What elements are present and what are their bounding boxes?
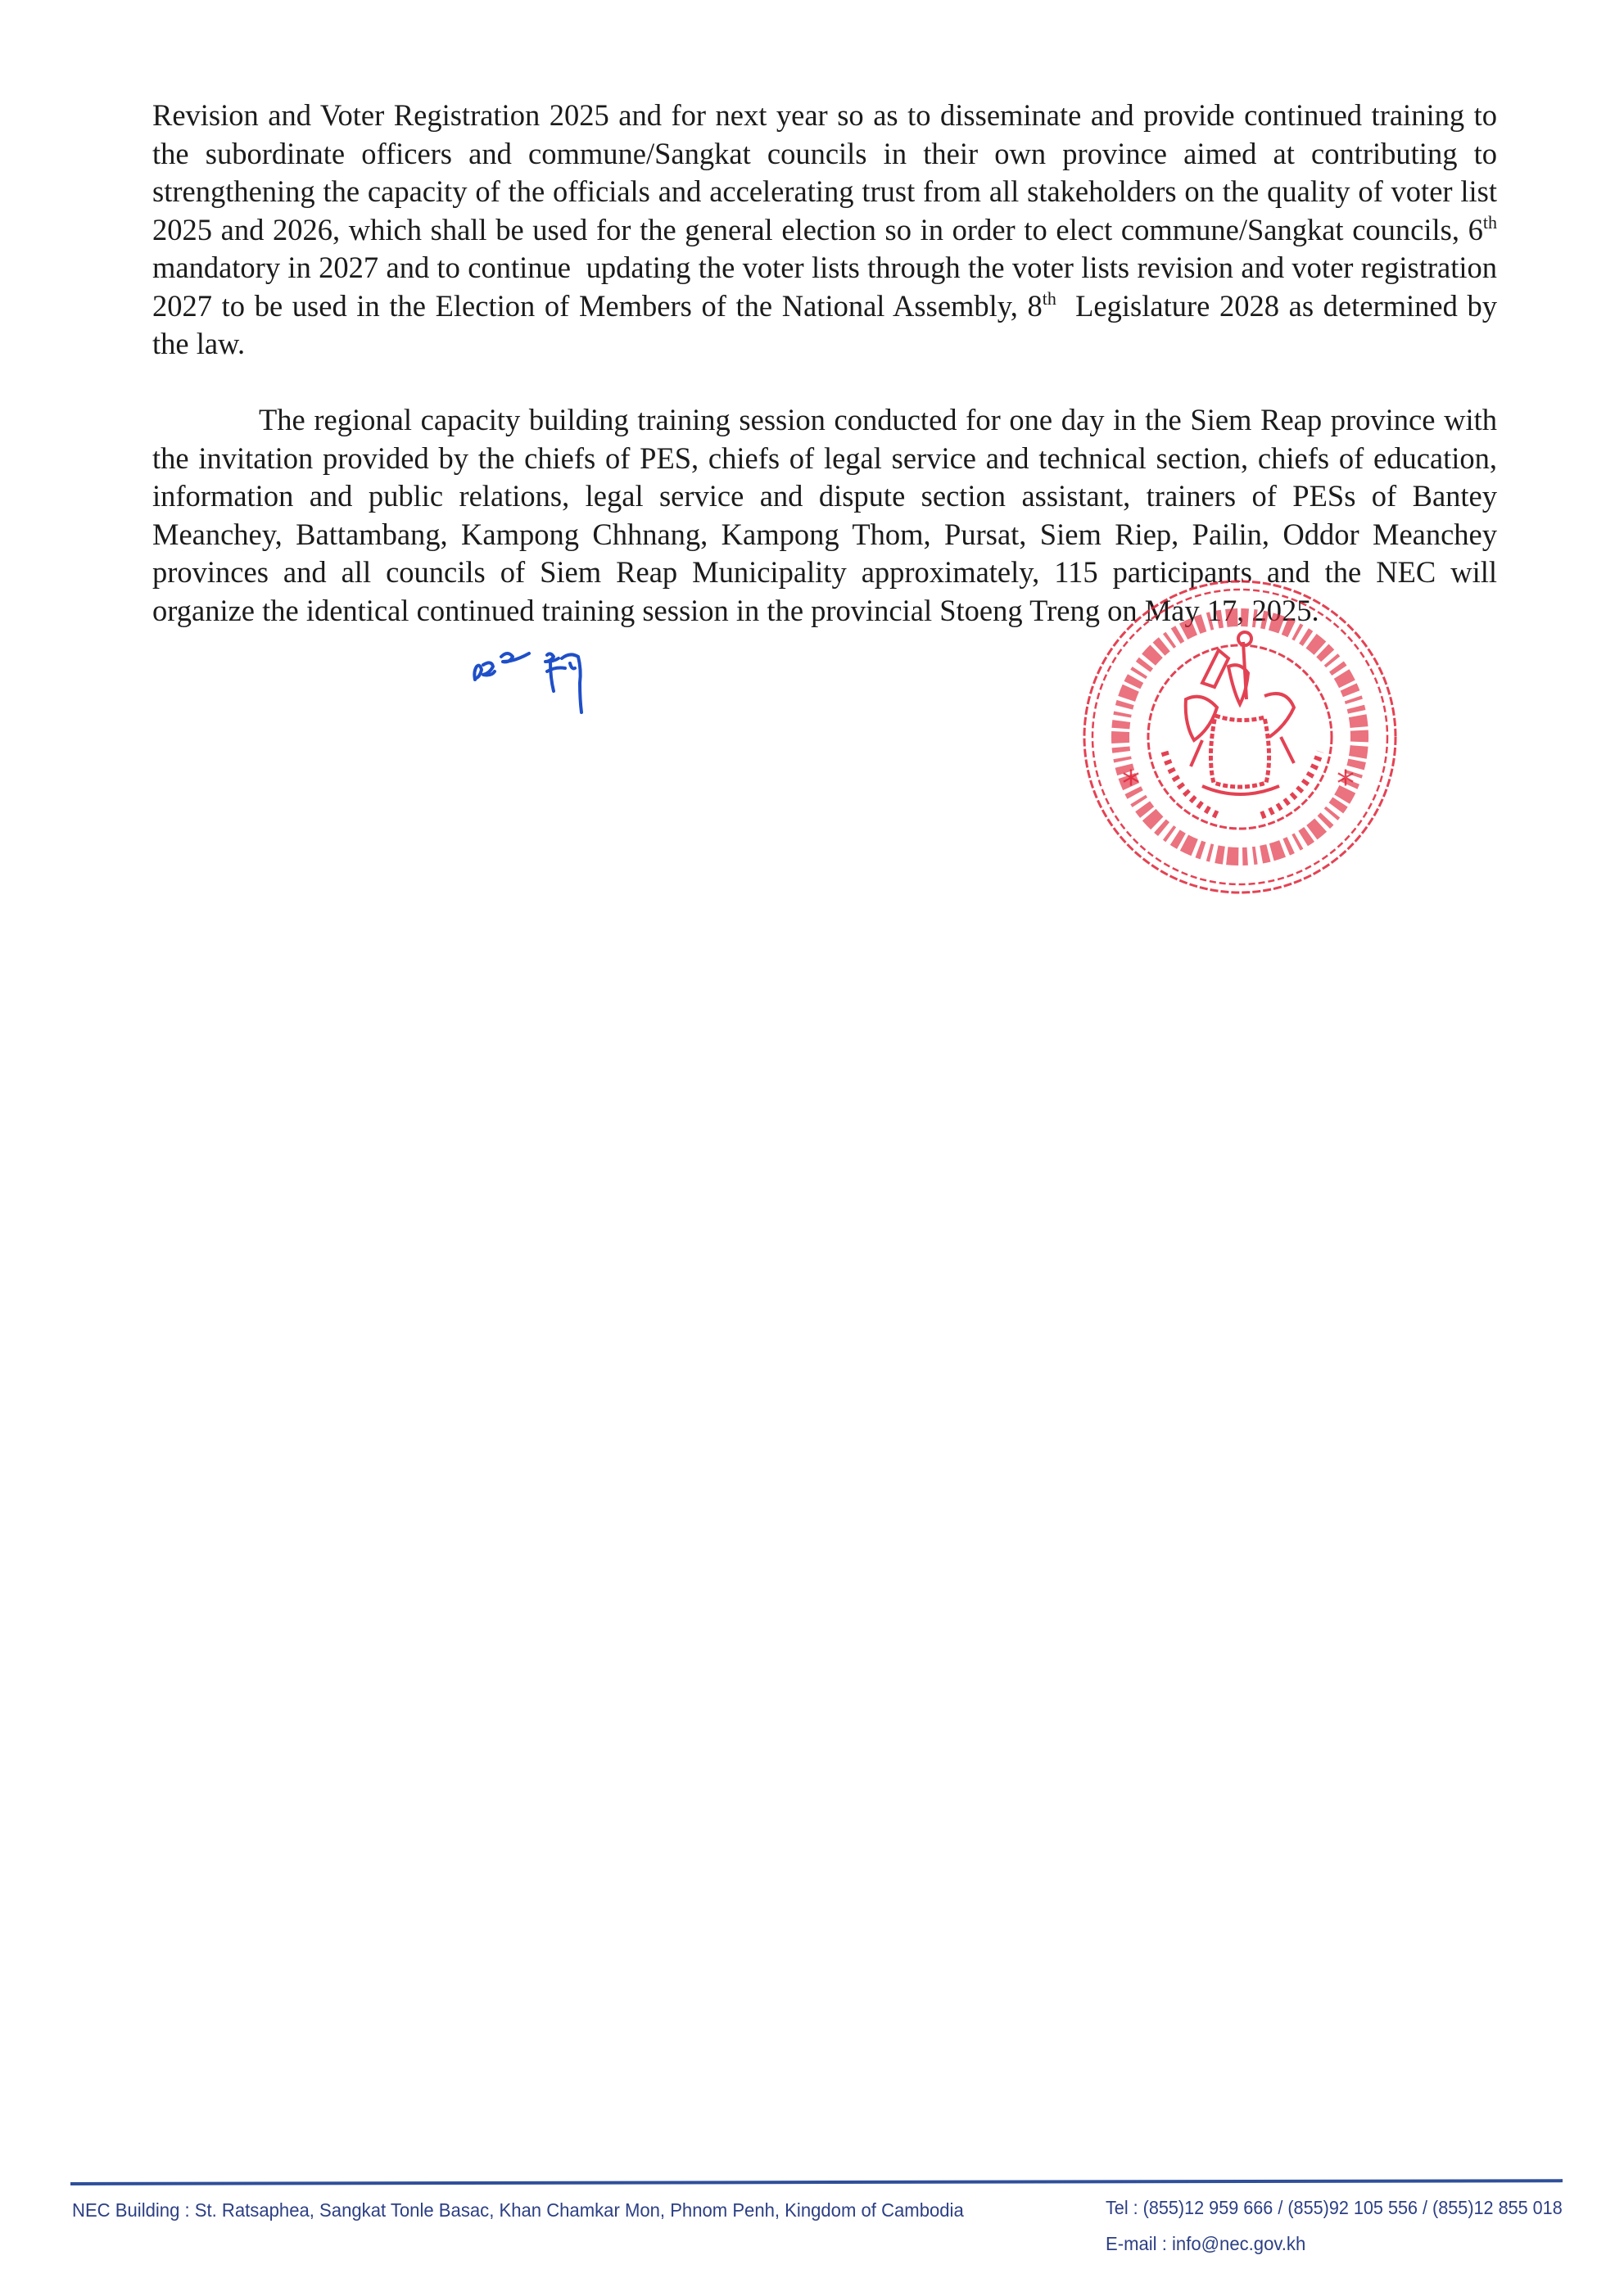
footer-address: NEC Building : St. Ratsaphea, Sangkat To… <box>72 2199 964 2221</box>
paragraph-1: Revision and Voter Registration 2025 and… <box>152 97 1497 364</box>
svg-text:*: * <box>1122 763 1140 805</box>
document-page: Revision and Voter Registration 2025 and… <box>0 0 1624 2296</box>
footer-telephone: Tel : (855)12 959 666 / (855)92 105 556 … <box>1106 2197 1563 2219</box>
handwritten-initials-icon <box>468 637 632 719</box>
footer-email[interactable]: E-mail : info@nec.gov.kh <box>1106 2233 1305 2255</box>
svg-text:*: * <box>1337 763 1355 805</box>
ordinal-suffix: th <box>1043 288 1056 309</box>
paragraph-1-text-a: Revision and Voter Registration 2025 and… <box>152 98 1497 246</box>
official-seal-icon: * * <box>1079 576 1407 904</box>
footer-divider <box>70 2179 1563 2185</box>
ordinal-suffix: th <box>1483 212 1497 233</box>
